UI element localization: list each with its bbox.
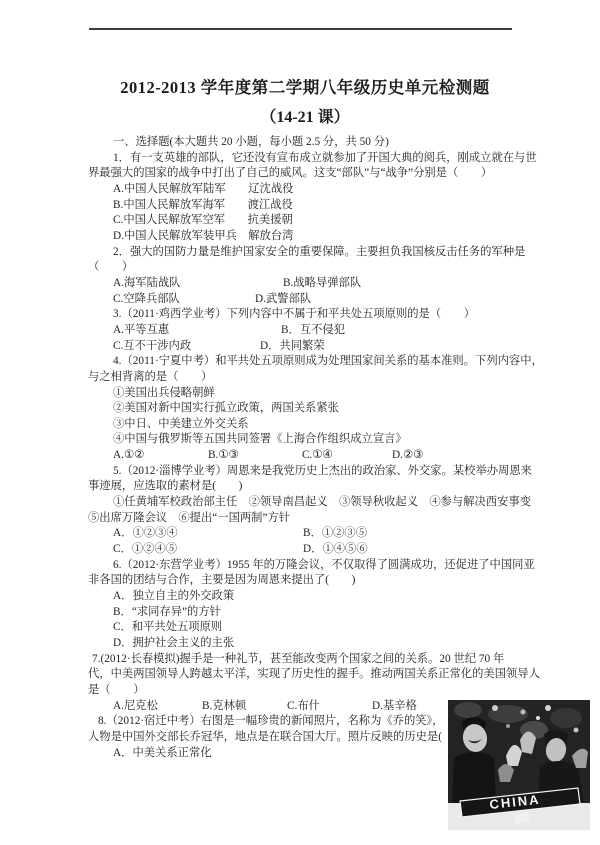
option-cell: C.空降兵部队 xyxy=(113,292,255,308)
header-rule xyxy=(89,28,512,30)
exam-paper-page: 2012-2013 学年度第二学期八年级历史单元检测题 （14-21 课） 一、… xyxy=(0,0,600,845)
text-line: B.中国人民解放军海军 渡江战役 xyxy=(88,198,528,214)
text-line: B．“求同存异”的方针 xyxy=(88,605,528,621)
option-cell: C.互不干涉内政 xyxy=(113,339,260,355)
text-line: 与之相背离的是（ ） xyxy=(88,370,528,386)
option-cell: B.克林顿 xyxy=(202,699,287,715)
text-line: A.海军陆战队B.战略导弹部队 xyxy=(88,276,528,292)
option-cell: B．①②③⑤ xyxy=(303,526,367,542)
text-line: 4.（2011·宁夏中考）和平共处五项原则成为处理国家间关系的基本准则。下列内容… xyxy=(88,354,528,370)
news-photo: CHINA xyxy=(448,700,590,830)
text-line: 事迹展，应选取的素材是( ) xyxy=(88,479,528,495)
page-title: 2012-2013 学年度第二学期八年级历史单元检测题 xyxy=(70,74,540,98)
option-cell: A.海军陆战队 xyxy=(113,276,283,292)
text-line: 代，中美两国领导人跨越太平洋，实现了历史性的握手。推动两国关系正常化的美国领导人 xyxy=(88,667,528,683)
option-cell: A．①②③④ xyxy=(113,526,303,542)
text-line: ②美国对新中国实行孤立政策，两国关系紧张 xyxy=(88,401,528,417)
option-cell: B．互不侵犯 xyxy=(281,323,345,339)
text-line: 2．强大的国防力量是维护国家安全的重要保障。主要担负我国核反击任务的军种是 xyxy=(88,245,528,261)
option-cell: A.平等互惠 xyxy=(113,323,281,339)
option-cell: C．①②④⑤ xyxy=(113,542,303,558)
text-line: ①任黄埔军校政治部主任 ②领导南昌起义 ③领导秋收起义 ④参与解决西安事变 xyxy=(88,495,528,511)
text-line: C．和平共处五项原则 xyxy=(88,620,528,636)
text-line: 非各国的团结与合作，主要是因为周恩来提出了( ) xyxy=(88,573,528,589)
text-line: 1．有一支英雄的部队，它还没有宣布成立就参加了开国大典的阅兵，刚成立就在与世 xyxy=(88,151,528,167)
option-cell: D．共同繁荣 xyxy=(260,339,325,355)
option-cell: B.战略导弹部队 xyxy=(283,276,361,292)
text-line: ⑤出席万隆会议 ⑥提出“一国两制”方针 xyxy=(88,511,528,527)
text-line: ①美国出兵侵略朝鲜 xyxy=(88,386,528,402)
text-line: C.互不干涉内政D．共同繁荣 xyxy=(88,339,528,355)
option-cell: B.①③ xyxy=(208,448,302,464)
text-line: 3.（2011·鸡西学业考）下列内容中不属于和平共处五项原则的是（ ） xyxy=(88,307,528,323)
text-line: C.中国人民解放军空军 抗美援朝 xyxy=(88,213,528,229)
option-cell: D.②③ xyxy=(392,448,423,464)
text-line: A.平等互惠B．互不侵犯 xyxy=(88,323,528,339)
text-line: A．①②③④B．①②③⑤ xyxy=(88,526,528,542)
photo-illustration: CHINA xyxy=(448,700,590,830)
text-line: 是（ ） xyxy=(88,683,528,699)
option-cell: A.①② xyxy=(113,448,208,464)
text-line: D.中国人民解放军装甲兵 解放台湾 xyxy=(88,229,528,245)
text-line: D．拥护社会主义的主张 xyxy=(88,636,528,652)
text-line: 7.(2012·长春模拟)握手是一种礼节，甚至能改变两个国家之间的关系。20 世… xyxy=(88,652,528,668)
text-line: （ ） xyxy=(88,260,528,276)
text-line: 界最强大的国家的战争中打出了自己的威风。这支“部队”与“战争”分别是（ ） xyxy=(88,166,528,182)
text-line: C．①②④⑤D．①④⑤⑥ xyxy=(88,542,528,558)
option-cell: A.尼克松 xyxy=(113,699,202,715)
option-cell: D.基辛格 xyxy=(372,699,417,715)
text-line: A．独立自主的外交政策 xyxy=(88,589,528,605)
option-cell: D．①④⑤⑥ xyxy=(303,542,368,558)
text-line: A.①②B.①③C.①④D.②③ xyxy=(88,448,528,464)
document-body: 一、选择题(本大题共 20 小题，每小题 2.5 分，共 50 分)1．有一支英… xyxy=(88,135,528,761)
page-subtitle: （14-21 课） xyxy=(70,104,540,127)
text-line: ③中日、中美建立外交关系 xyxy=(88,417,528,433)
text-line: A.中国人民解放军陆军 辽沈战役 xyxy=(88,182,528,198)
text-line: 5.（2012·淄博学业考）周恩来是我党历史上杰出的政治家、外交家。某校举办周恩… xyxy=(88,464,528,480)
option-cell: D.武警部队 xyxy=(255,292,311,308)
text-line: C.空降兵部队D.武警部队 xyxy=(88,292,528,308)
option-cell: C.①④ xyxy=(302,448,392,464)
text-line: 一、选择题(本大题共 20 小题，每小题 2.5 分，共 50 分) xyxy=(88,135,528,151)
text-line: ④中国与俄罗斯等五国共同签署《上海合作组织成立宣言》 xyxy=(88,432,528,448)
text-line: 6.（2012·东营学业考）1955 年的万隆会议，不仅取得了圆满成功，还促进了… xyxy=(88,558,528,574)
option-cell: C.布什 xyxy=(287,699,372,715)
